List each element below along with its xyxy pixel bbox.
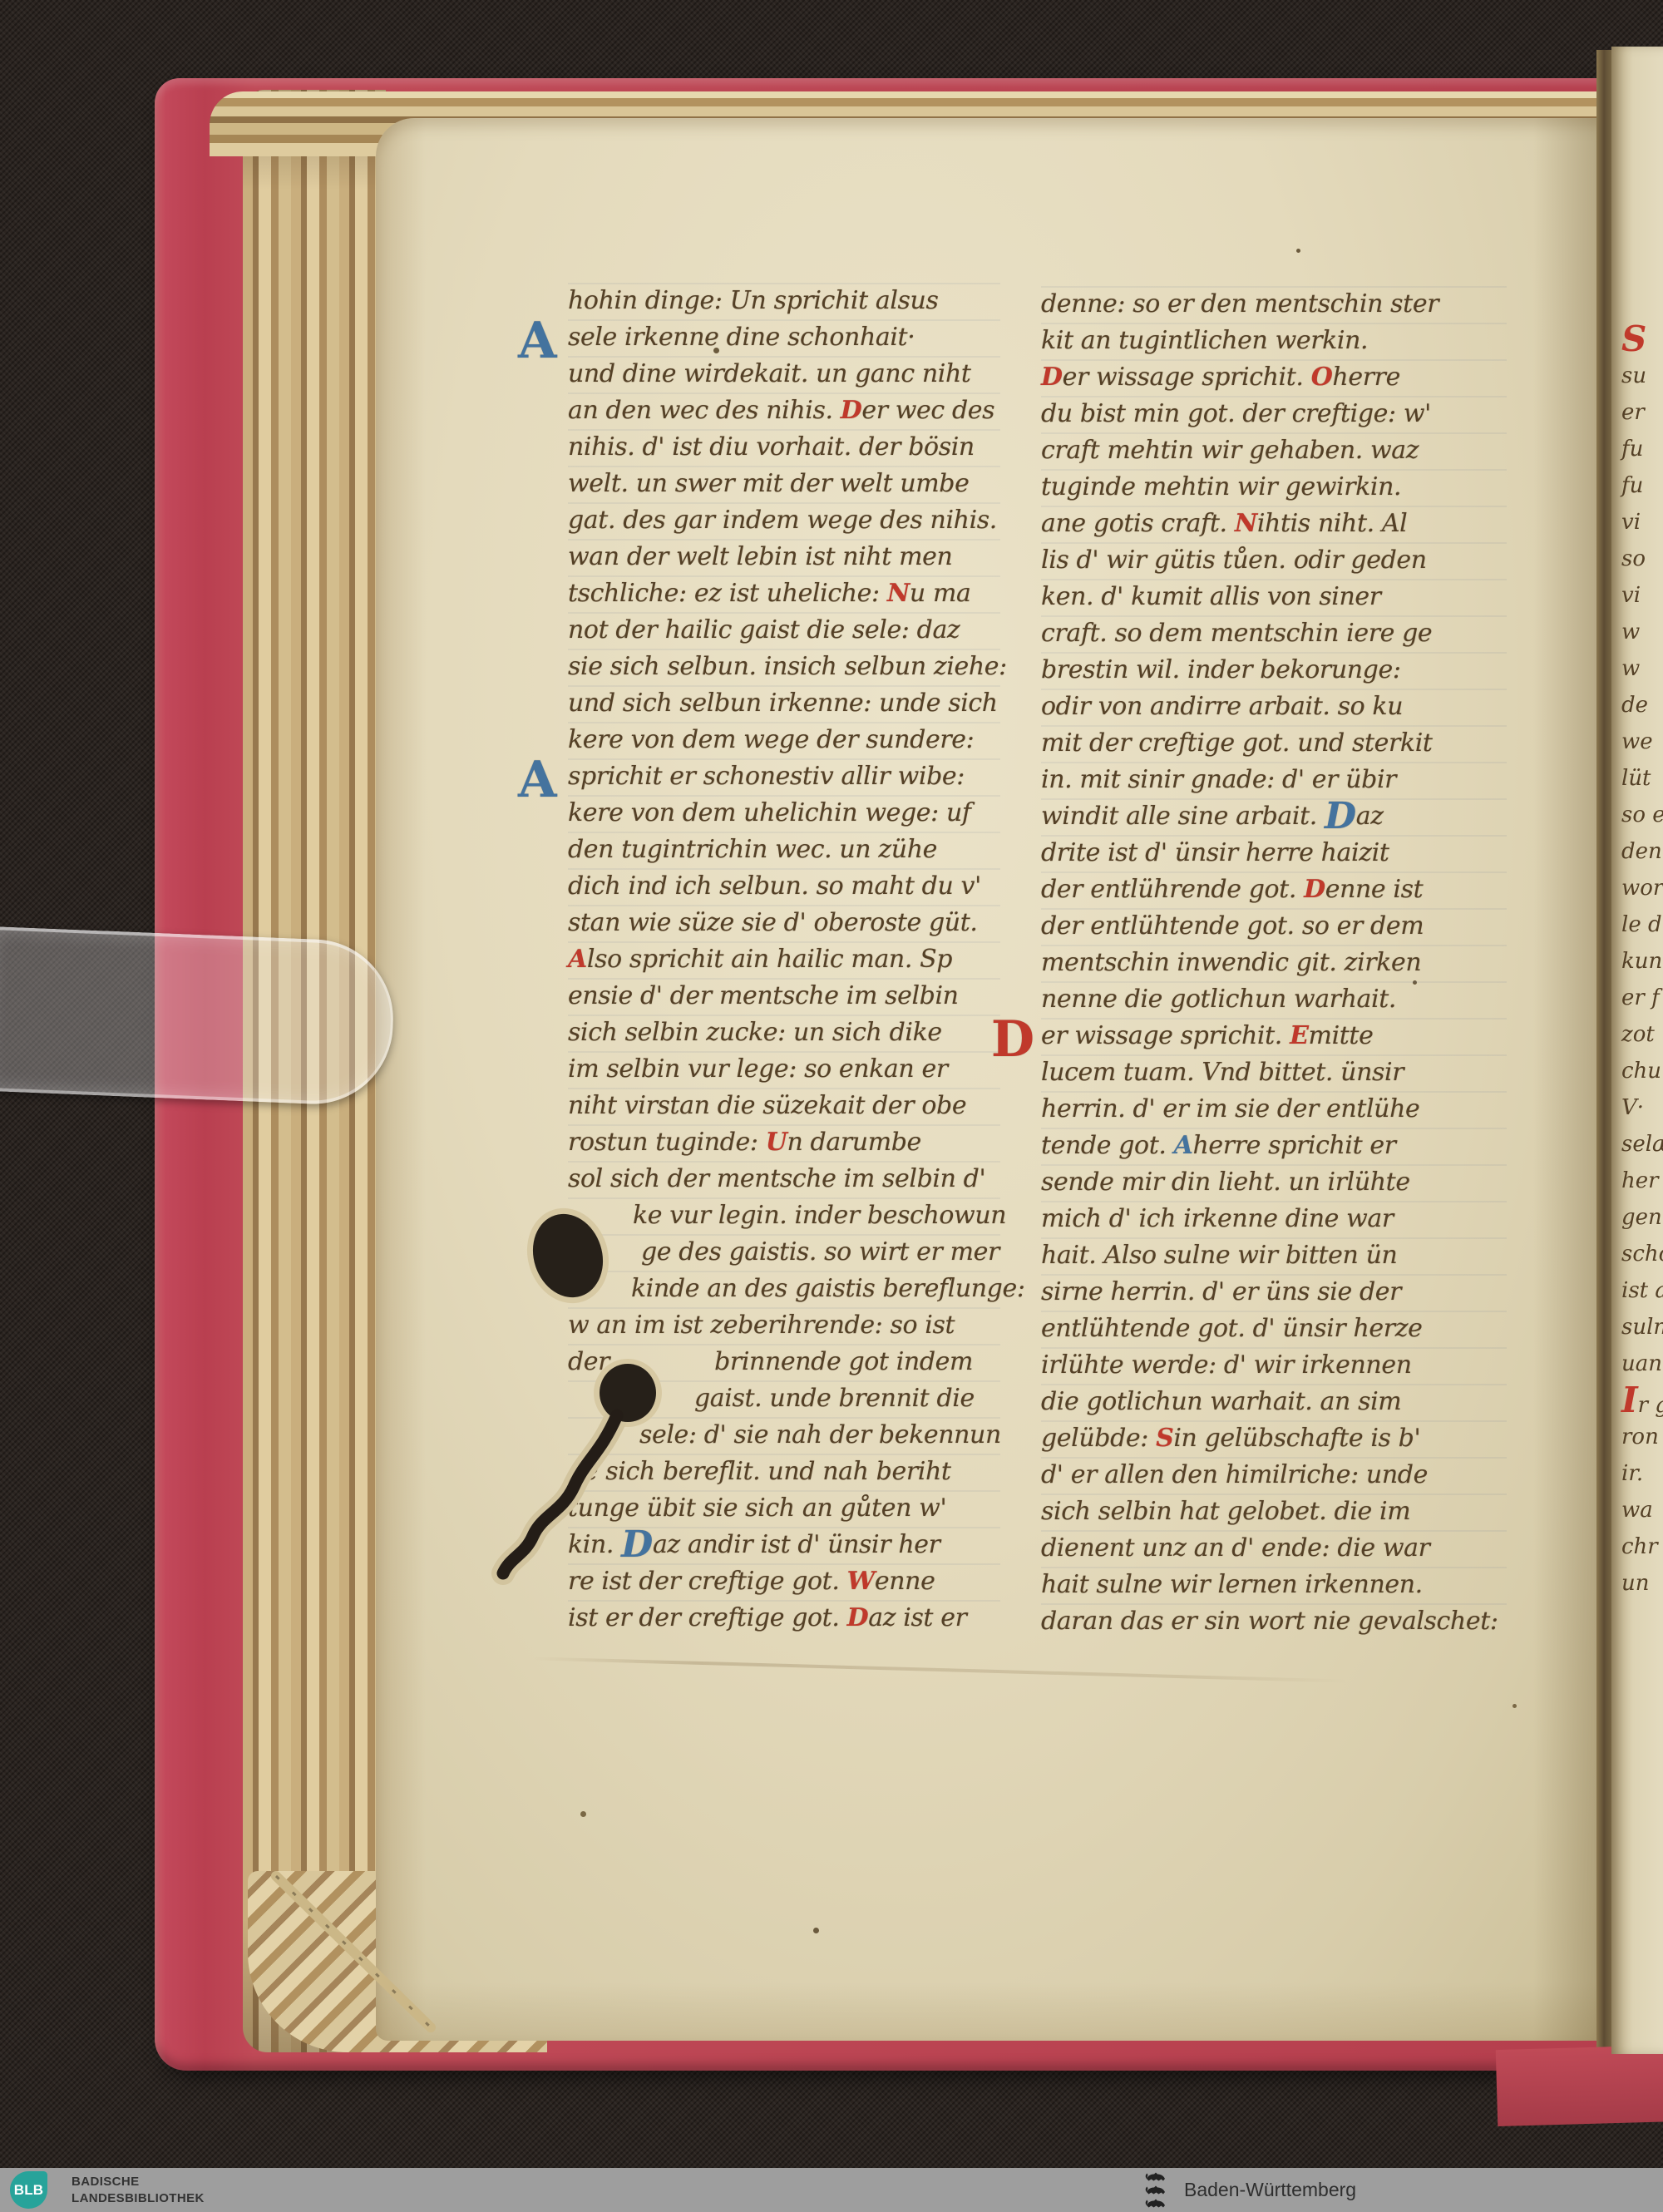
- manuscript-line: zot: [1621, 1016, 1663, 1053]
- manuscript-line: tunge übit sie sich an gůten w': [568, 1490, 1000, 1527]
- manuscript-line: mentschin inwendic git. zirken: [1041, 945, 1507, 981]
- manuscript-text-column-left: hohin dinge: Un sprichit alsusAsele irke…: [568, 283, 1000, 1637]
- manuscript-line: kun: [1621, 943, 1663, 980]
- manuscript-line: de: [1621, 687, 1663, 723]
- manuscript-line: ken. d' kumit allis von siner: [1041, 579, 1507, 615]
- manuscript-line: wa: [1621, 1492, 1663, 1528]
- manuscript-line: gaist. unde brennit die: [568, 1380, 1000, 1417]
- manuscript-line: tende got. Aherre sprichit er: [1041, 1128, 1507, 1164]
- manuscript-line: dienent unz an d' ende: die war: [1041, 1530, 1507, 1567]
- digitized-manuscript-scan: hohin dinge: Un sprichit alsusAsele irke…: [0, 0, 1663, 2212]
- manuscript-line: su: [1621, 358, 1663, 394]
- manuscript-line: [1621, 248, 1663, 284]
- manuscript-line: welt. un swer mit der welt umbe: [568, 466, 1000, 502]
- manuscript-line: herrin. d' er im sie der entlühe: [1041, 1091, 1507, 1128]
- decorated-initial: S: [1621, 318, 1646, 359]
- manuscript-line: w an im ist zeberihrende: so ist: [568, 1307, 1000, 1344]
- manuscript-line: chr: [1621, 1528, 1663, 1565]
- manuscript-line: in. mit sinir gnade: d' er übir: [1041, 762, 1507, 798]
- manuscript-line: stan wie süze sie d' oberoste güt.: [568, 905, 1000, 941]
- decorated-initial: U: [766, 1128, 787, 1157]
- plastic-page-holder-strip: [0, 926, 397, 1107]
- decorated-initial: A: [518, 316, 556, 366]
- manuscript-line: so e: [1621, 797, 1663, 833]
- blb-logo: BLB: [10, 2171, 47, 2209]
- manuscript-line: kinde an des gaistis bereflunge:: [568, 1271, 1000, 1307]
- manuscript-line: rostun tuginde: Un darumbe: [568, 1124, 1000, 1161]
- decorated-initial: N: [887, 579, 910, 608]
- state-name-label: Baden-Württemberg: [1184, 2179, 1356, 2201]
- three-lions-coat-of-arms-icon: [1137, 2170, 1176, 2210]
- decorated-initial: N: [1235, 509, 1257, 538]
- manuscript-line: not der hailic gaist die sele: daz: [568, 612, 1000, 649]
- manuscript-line: im selbin vur lege: so enkan er: [568, 1051, 1000, 1088]
- manuscript-line: und dine wirdekait. un ganc niht: [568, 356, 1000, 393]
- manuscript-line: w: [1621, 650, 1663, 687]
- manuscript-line: craft. so dem mentschin iere ge: [1041, 615, 1507, 652]
- manuscript-line: vi: [1621, 577, 1663, 614]
- manuscript-line: ist er der creftige got. Daz ist er: [568, 1600, 1000, 1637]
- manuscript-line: wor: [1621, 870, 1663, 906]
- manuscript-line: chu: [1621, 1053, 1663, 1089]
- manuscript-line: V·: [1621, 1089, 1663, 1126]
- page-gutter-edge: [1596, 50, 1613, 2054]
- manuscript-line: du bist min got. der creftige: w': [1041, 396, 1507, 432]
- manuscript-line: fu: [1621, 467, 1663, 504]
- manuscript-line: Ir g: [1621, 1382, 1663, 1419]
- manuscript-line: craft mehtin wir gehaben. waz: [1041, 432, 1507, 469]
- library-name: BADISCHE LANDESBIBLIOTHEK: [72, 2174, 205, 2207]
- manuscript-line: w: [1621, 614, 1663, 650]
- manuscript-line: sich selbin zucke: un sich dike: [568, 1015, 1000, 1051]
- manuscript-line: ron: [1621, 1419, 1663, 1455]
- manuscript-line: hait. Also sulne wir bitten ün: [1041, 1237, 1507, 1274]
- manuscript-line: die gotlichun warhait. an sim: [1041, 1384, 1507, 1420]
- decorated-initial: D: [1325, 795, 1356, 837]
- manuscript-line: her: [1621, 1163, 1663, 1199]
- decorated-initial: S: [1156, 1424, 1173, 1453]
- manuscript-line: tschliche: ez ist uheliche: Nu ma: [568, 575, 1000, 612]
- manuscript-line: so: [1621, 541, 1663, 577]
- decorated-initial: O: [1311, 363, 1333, 392]
- library-footer-bar: BLB BADISCHE LANDESBIBLIOTHEK Baden-Würt…: [0, 2168, 1663, 2212]
- manuscript-line: S: [1621, 321, 1663, 358]
- decorated-initial: A: [568, 945, 587, 974]
- manuscript-line: der entlühtende got. so er dem: [1041, 908, 1507, 945]
- baden-wuerttemberg-mark: Baden-Württemberg: [1137, 2170, 1356, 2210]
- manuscript-line: nihis. d' ist diu vorhait. der bösin: [568, 429, 1000, 466]
- manuscript-line: d' er allen den himilriche: unde: [1041, 1457, 1507, 1494]
- manuscript-line: lüt: [1621, 760, 1663, 797]
- manuscript-line: un: [1621, 1565, 1663, 1602]
- manuscript-line: sirne herrin. d' er üns sie der: [1041, 1274, 1507, 1311]
- manuscript-line: daran das er sin wort nie gevalschet:: [1041, 1603, 1507, 1640]
- manuscript-line: re ist der creftige got. Wenne: [568, 1563, 1000, 1600]
- cover-edge-bottom-right: [1496, 2045, 1663, 2126]
- manuscript-line: sich selbin hat gelobet. die im: [1041, 1494, 1507, 1530]
- manuscript-line: ge sich bereflit. und nah beriht: [568, 1454, 1000, 1490]
- manuscript-line: mit der creftige got. und sterkit: [1041, 725, 1507, 762]
- decorated-initial: A: [518, 755, 556, 805]
- manuscript-line: uan: [1621, 1345, 1663, 1382]
- manuscript-line: ensie d' der mentsche im selbin: [568, 978, 1000, 1015]
- manuscript-line: entlühtende got. d' ünsir herze: [1041, 1311, 1507, 1347]
- manuscript-line: Asprichit er schonestiv allir wibe:: [568, 758, 1000, 795]
- manuscript-line: windit alle sine arbait. Daz: [1041, 798, 1507, 835]
- decorated-initial: D: [621, 1523, 653, 1566]
- manuscript-line: an den wec des nihis. Der wec des: [568, 393, 1000, 429]
- manuscript-line: niht virstan die süzekait der obe: [568, 1088, 1000, 1124]
- manuscript-line: vi: [1621, 504, 1663, 541]
- manuscript-line: sol sich der mentsche im selbin d': [568, 1161, 1000, 1197]
- manuscript-line: brestin wil. inder bekorunge:: [1041, 652, 1507, 689]
- manuscript-line: we: [1621, 723, 1663, 760]
- manuscript-line: Der wissage sprichit. Emitte: [1041, 1018, 1507, 1054]
- decorated-initial: D: [841, 396, 862, 425]
- manuscript-line: dich ind ich selbun. so maht du v': [568, 868, 1000, 905]
- manuscript-line: sende mir din lieht. un irlühte: [1041, 1164, 1507, 1201]
- manuscript-line: le d: [1621, 906, 1663, 943]
- manuscript-line: er f: [1621, 980, 1663, 1016]
- decorated-initial: W: [847, 1567, 875, 1596]
- manuscript-line: hait sulne wir lernen irkennen.: [1041, 1567, 1507, 1603]
- manuscript-line: Asele irkenne dine schonhait·: [568, 319, 1000, 356]
- manuscript-line: lucem tuam. Vnd bittet. ünsir: [1041, 1054, 1507, 1091]
- manuscript-line: fu: [1621, 431, 1663, 467]
- library-name-line1: BADISCHE: [72, 2174, 205, 2190]
- manuscript-line: odir von andirre arbait. so ku: [1041, 689, 1507, 725]
- manuscript-line: ane gotis craft. Nihtis niht. Al: [1041, 506, 1507, 542]
- manuscript-line: den tugintrichin wec. un zühe: [568, 832, 1000, 868]
- manuscript-line: tuginde mehtin wir gewirkin.: [1041, 469, 1507, 506]
- manuscript-line: ge des gaistis. so wirt er mer: [568, 1234, 1000, 1271]
- manuscript-line: den: [1621, 833, 1663, 870]
- manuscript-line: mich d' ich irkenne dine war: [1041, 1201, 1507, 1237]
- manuscript-line: drite ist d' ünsir herre haizit: [1041, 835, 1507, 871]
- manuscript-line: Also sprichit ain hailic man. Sp: [568, 941, 1000, 978]
- manuscript-line: [1621, 284, 1663, 321]
- manuscript-line: derbrinnende got indem: [568, 1344, 1000, 1380]
- decorated-initial: A: [1174, 1131, 1193, 1160]
- manuscript-line: ir.: [1621, 1455, 1663, 1492]
- manuscript-line: gen: [1621, 1199, 1663, 1236]
- manuscript-line: denne: so er den mentschin ster: [1041, 286, 1507, 323]
- manuscript-line: gelübde: Sin gelübschafte is b': [1041, 1420, 1507, 1457]
- manuscript-line: kere von dem uhelichin wege: uf: [568, 795, 1000, 832]
- manuscript-line: ke vur legin. inder beschowun: [568, 1197, 1000, 1234]
- manuscript-line: er: [1621, 394, 1663, 431]
- manuscript-line: der entlührende got. Denne ist: [1041, 871, 1507, 908]
- blb-logo-acronym: BLB: [14, 2182, 44, 2199]
- manuscript-line: wan der welt lebin ist niht men: [568, 539, 1000, 575]
- manuscript-line: sie sich selbun. insich selbun ziehe:: [568, 649, 1000, 685]
- library-name-line2: LANDESBIBLIOTHEK: [72, 2190, 205, 2207]
- manuscript-line: nenne die gotlichun warhait.: [1041, 981, 1507, 1018]
- manuscript-line: hohin dinge: Un sprichit alsus: [568, 283, 1000, 319]
- manuscript-line: schö: [1621, 1236, 1663, 1272]
- facing-page-text-fragments: Ssuerfufuvisoviwwdewelütso edenworle dku…: [1621, 248, 1663, 1602]
- decorated-initial: D: [847, 1603, 869, 1632]
- manuscript-line: lis d' wir gütis tůen. odir geden: [1041, 542, 1507, 579]
- manuscript-line: selæ: [1621, 1126, 1663, 1163]
- manuscript-line: kit an tugintlichen werkin.: [1041, 323, 1507, 359]
- parchment-specks: [0, 0, 2, 2]
- manuscript-text-column-right: denne: so er den mentschin sterkit an tu…: [1041, 286, 1507, 1640]
- decorated-initial: E: [1290, 1021, 1308, 1050]
- manuscript-line: suln: [1621, 1309, 1663, 1345]
- manuscript-line: kere von dem wege der sundere:: [568, 722, 1000, 758]
- decorated-initial: D: [1041, 363, 1063, 392]
- manuscript-line: kin. Daz andir ist d' ünsir her: [568, 1527, 1000, 1563]
- manuscript-line: sele: d' sie nah der bekennun: [568, 1417, 1000, 1454]
- manuscript-line: und sich selbun irkenne: unde sich: [568, 685, 1000, 722]
- manuscript-line: ist a: [1621, 1272, 1663, 1309]
- decorated-initial: D: [1304, 875, 1325, 904]
- decorated-initial: I: [1621, 1380, 1638, 1420]
- manuscript-line: Der wissage sprichit. Oherre: [1041, 359, 1507, 396]
- decorated-initial: D: [991, 1015, 1034, 1064]
- manuscript-line: irlühte werde: d' wir irkennen: [1041, 1347, 1507, 1384]
- manuscript-line: gat. des gar indem wege des nihis.: [568, 502, 1000, 539]
